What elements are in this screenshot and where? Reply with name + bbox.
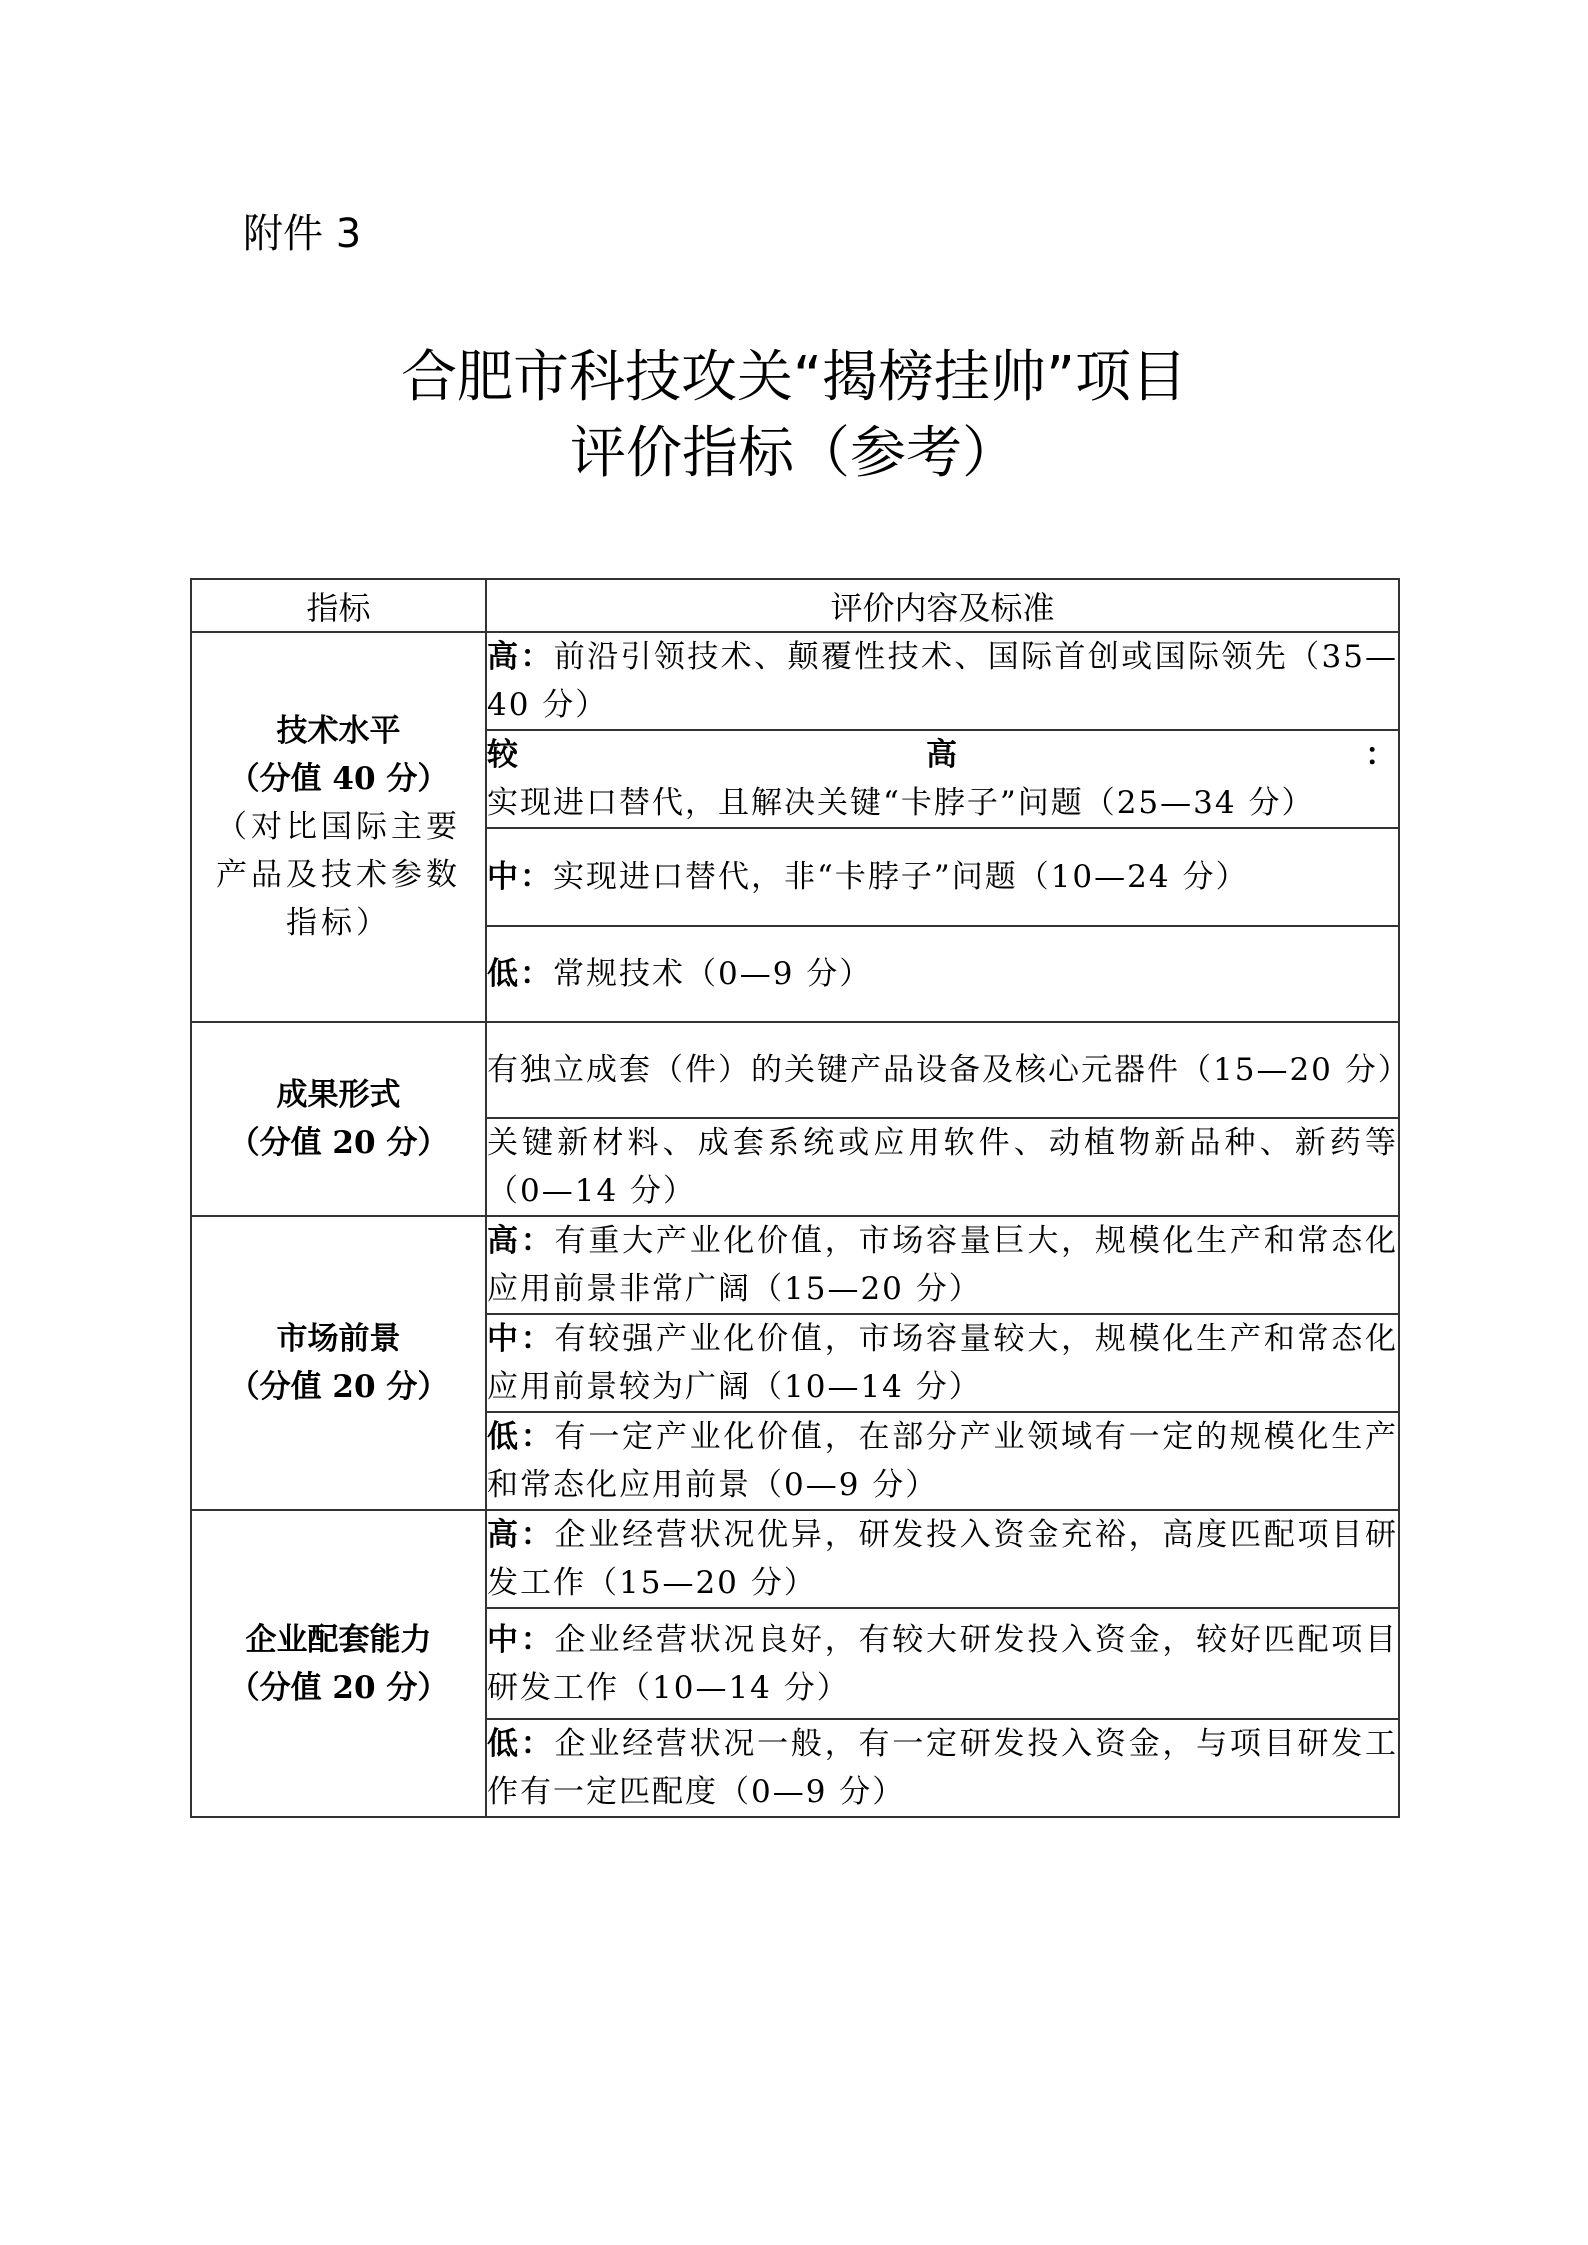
indicator-note: （对比国际主要产品及技术参数指标） [192,803,485,947]
criteria-cell: 关键新材料、成套系统或应用软件、动植物新品种、新药等（0—14 分） [486,1118,1399,1216]
indicator-name: 技术水平 [192,707,485,755]
criteria-cell: 高：企业经营状况优异，研发投入资金充裕，高度匹配项目研发工作（15—20 分） [486,1510,1399,1608]
table-row: 企业配套能力 （分值 20 分） 高：企业经营状况优异，研发投入资金充裕，高度匹… [191,1510,1399,1608]
criteria-cell: 低：有一定产业化价值，在部分产业领域有一定的规模化生产和常态化应用前景（0—9 … [486,1412,1399,1510]
criteria-cell: 中：实现进口替代，非“卡脖子”问题（10—24 分） [486,828,1399,926]
criteria-level: 低： [487,956,553,992]
indicator-name: 市场前景 [192,1315,485,1363]
criteria-level: 中： [487,859,553,895]
criteria-level: 高： [487,1517,555,1553]
criteria-text: 企业经营状况良好，有较大研发投入资金，较好匹配项目研发工作（10—14 分） [487,1622,1398,1706]
table-row: 成果形式 （分值 20 分） 有独立成套（件）的关键产品设备及核心元器件（15—… [191,1022,1399,1118]
header-criteria: 评价内容及标准 [486,579,1399,632]
title-line-1: 合肥市科技攻关“揭榜挂帅”项目 [0,340,1588,416]
attachment-label: 附件 3 [243,208,361,260]
criteria-text: 有重大产业化价值，市场容量巨大，规模化生产和常态化应用前景非常广阔（15—20 … [487,1223,1398,1307]
criteria-cell: 有独立成套（件）的关键产品设备及核心元器件（15—20 分） [486,1022,1399,1118]
indicator-score: （分值 20 分） [192,1664,485,1712]
criteria-cell: 中：有较强产业化价值，市场容量较大，规模化生产和常态化应用前景较为广阔（10—1… [486,1314,1399,1412]
criteria-cell: 中：企业经营状况良好，有较大研发投入资金，较好匹配项目研发工作（10—14 分） [486,1608,1399,1719]
criteria-level: 低： [487,1419,555,1455]
criteria-text: 企业经营状况优异，研发投入资金充裕，高度匹配项目研发工作（15—20 分） [487,1517,1398,1601]
criteria-text: 常规技术（0—9 分） [553,956,872,992]
criteria-level: 中： [487,1622,555,1658]
criteria-cell: 高：有重大产业化价值，市场容量巨大，规模化生产和常态化应用前景非常广阔（15—2… [486,1216,1399,1314]
criteria-cell: 低：企业经营状况一般，有一定研发投入资金，与项目研发工作有一定匹配度（0—9 分… [486,1719,1399,1817]
criteria-text: 有独立成套（件）的关键产品设备及核心元器件（15—20 分） [487,1052,1411,1088]
indicator-score: （分值 40 分） [192,755,485,803]
indicator-score: （分值 20 分） [192,1119,485,1167]
evaluation-table: 指标 评价内容及标准 技术水平 （分值 40 分） （对比国际主要产品及技术参数… [190,578,1400,1818]
table-row: 技术水平 （分值 40 分） （对比国际主要产品及技术参数指标） 高：前沿引领技… [191,632,1399,730]
criteria-level: 低： [487,1726,555,1762]
indicator-cell-tech-level: 技术水平 （分值 40 分） （对比国际主要产品及技术参数指标） [191,632,486,1022]
criteria-cell: 较高：实现进口替代，且解决关键“卡脖子”问题（25—34 分） [486,730,1399,828]
indicator-name: 企业配套能力 [192,1616,485,1664]
indicator-cell-market-prospect: 市场前景 （分值 20 分） [191,1216,486,1510]
criteria-level: 较高： [487,737,1398,773]
indicator-cell-output-form: 成果形式 （分值 20 分） [191,1022,486,1216]
criteria-text: 企业经营状况一般，有一定研发投入资金，与项目研发工作有一定匹配度（0—9 分） [487,1726,1398,1810]
table-header-row: 指标 评价内容及标准 [191,579,1399,632]
document-title: 合肥市科技攻关“揭榜挂帅”项目 评价指标（参考） [0,340,1588,492]
criteria-cell: 高：前沿引领技术、颠覆性技术、国际首创或国际领先（35—40 分） [486,632,1399,730]
criteria-level: 高： [487,1223,555,1259]
criteria-text: 前沿引领技术、颠覆性技术、国际首创或国际领先（35—40 分） [487,639,1398,723]
table-row: 市场前景 （分值 20 分） 高：有重大产业化价值，市场容量巨大，规模化生产和常… [191,1216,1399,1314]
criteria-text: 有较强产业化价值，市场容量较大，规模化生产和常态化应用前景较为广阔（10—14 … [487,1321,1398,1405]
criteria-text: 关键新材料、成套系统或应用软件、动植物新品种、新药等（0—14 分） [487,1125,1398,1209]
criteria-text: 实现进口替代，非“卡脖子”问题（10—24 分） [553,859,1248,895]
indicator-score: （分值 20 分） [192,1363,485,1411]
indicator-cell-enterprise-capacity: 企业配套能力 （分值 20 分） [191,1510,486,1817]
criteria-level: 中： [487,1321,555,1357]
criteria-text: 有一定产业化价值，在部分产业领域有一定的规模化生产和常态化应用前景（0—9 分） [487,1419,1398,1503]
header-indicator: 指标 [191,579,486,632]
criteria-text: 实现进口替代，且解决关键“卡脖子”问题（25—34 分） [487,785,1314,821]
criteria-cell: 低：常规技术（0—9 分） [486,926,1399,1022]
criteria-level: 高： [487,639,554,675]
title-line-2: 评价指标（参考） [0,416,1588,492]
indicator-name: 成果形式 [192,1071,485,1119]
